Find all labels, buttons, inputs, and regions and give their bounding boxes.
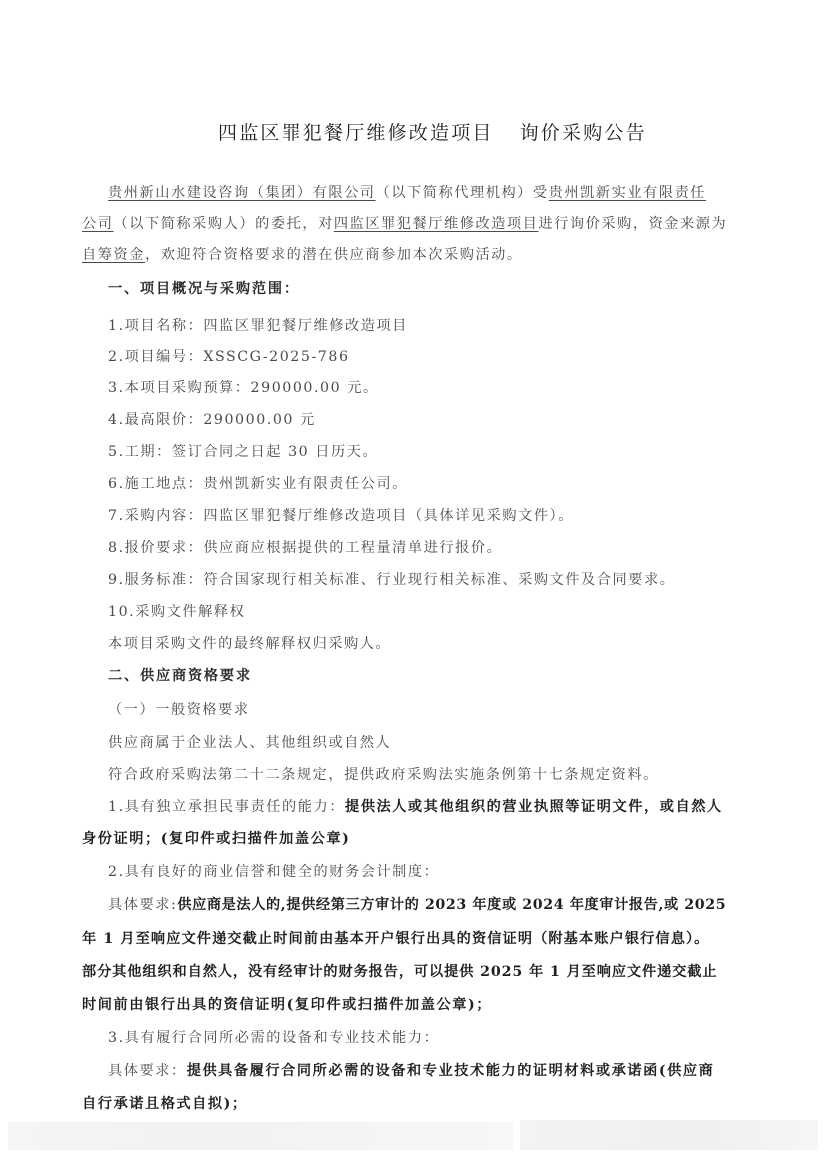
requirement-3-prefix: 具体要求：	[108, 1063, 187, 1079]
purchaser-note: （以下简称采购人）的委托，对	[113, 216, 333, 232]
document-page: 四监区罪犯餐厅维修改造项目询价采购公告 贵州新山水建设咨询（集团）有限公司（以下…	[0, 0, 825, 1161]
requirement-2-detail-line2: 年 1 月至响应文件递交截止时间前由基本开户银行出具的资信证明（附基本账户银行信…	[82, 929, 758, 949]
requirement-2-prefix: 具体要求:	[108, 897, 177, 913]
supplier-type: 供应商属于企业法人、其他组织或自然人	[108, 733, 784, 753]
agency-note: （以下简称代理机构）受	[376, 185, 549, 201]
scan-artifact	[8, 1122, 513, 1150]
item-interpretation-right: 10.采购文件解释权	[108, 602, 784, 622]
requirement-2-label: 2.具有良好的商业信誉和健全的财务会计制度：	[108, 862, 784, 882]
requirement-3-detail-line2: 自行承诺且格式自拟)；	[82, 1094, 758, 1114]
requirement-1: 1.具有独立承担民事责任的能力：提供法人或其他组织的营业执照等证明文件，或自然人	[108, 797, 784, 817]
project-name-link: 四监区罪犯餐厅维修改造项目	[334, 216, 539, 232]
title-project-name: 四监区罪犯餐厅维修改造项目	[218, 122, 494, 144]
requirement-1-label: 1.具有独立承担民事责任的能力：	[108, 799, 345, 815]
law-compliance: 符合政府采购法第二十二条规定，提供政府采购法实施条例第十七条规定资料。	[108, 765, 784, 785]
requirement-2-detail-line1: 供应商是法人的,提供经第三方审计的 2023 年度或 2024 年度审计报告,或…	[177, 897, 726, 913]
intro-line-1: 贵州新山水建设咨询（集团）有限公司（以下简称代理机构）受贵州凯新实业有限责任	[108, 183, 784, 203]
section1-heading: 一、项目概况与采购范围：	[108, 279, 784, 299]
requirement-2-detail-line4: 时间前由银行出具的资信证明(复印件或扫描件加盖公章)；	[82, 995, 758, 1015]
purchaser-name-part2: 公司	[82, 216, 113, 232]
agency-name: 贵州新山水建设咨询（集团）有限公司	[108, 185, 376, 201]
item-quote-requirement: 8.报价要求：供应商应根据提供的工程量清单进行报价。	[108, 538, 784, 558]
requirement-3-detail: 具体要求：提供具备履行合同所必需的设备和专业技术能力的证明材料或承诺函(供应商	[108, 1061, 784, 1081]
section2-heading: 二、供应商资格要求	[108, 666, 784, 686]
intro-line-3: 自筹资金，欢迎符合资格要求的潜在供应商参加本次采购活动。	[82, 245, 758, 265]
procurement-method: 进行询价采购，资金来源为	[538, 216, 727, 232]
item-project-name: 1.项目名称：四监区罪犯餐厅维修改造项目	[108, 316, 784, 336]
item-content: 7.采购内容：四监区罪犯餐厅维修改造项目（具体详见采购文件）。	[108, 506, 784, 526]
item-location: 6.施工地点：贵州凯新实业有限责任公司。	[108, 474, 784, 494]
intro-closing: ，欢迎符合资格要求的潜在供应商参加本次采购活动。	[145, 247, 523, 263]
interpretation-statement: 本项目采购文件的最终解释权归采购人。	[108, 634, 784, 654]
requirement-3-label: 3.具有履行合同所必需的设备和专业技术能力：	[108, 1028, 784, 1048]
item-max-price: 4.最高限价：290000.00 元	[108, 410, 784, 430]
requirement-1-detail: 提供法人或其他组织的营业执照等证明文件，或自然人	[345, 799, 723, 815]
general-qualification-heading: （一）一般资格要求	[108, 700, 784, 720]
title-announcement-type: 询价采购公告	[520, 122, 647, 144]
requirement-3-detail-line1: 提供具备履行合同所必需的设备和专业技术能力的证明材料或承诺函(供应商	[187, 1063, 715, 1079]
purchaser-name-part1: 贵州凯新实业有限责任	[549, 185, 706, 201]
document-title: 四监区罪犯餐厅维修改造项目询价采购公告	[218, 118, 678, 145]
requirement-2-detail-line3: 部分其他组织和自然人，没有经审计的财务报告，可以提供 2025 年 1 月至响应…	[82, 962, 758, 982]
item-service-standard: 9.服务标准：符合国家现行相关标准、行业现行相关标准、采购文件及合同要求。	[108, 570, 784, 590]
fund-source: 自筹资金	[82, 247, 145, 263]
item-budget: 3.本项目采购预算：290000.00 元。	[108, 378, 784, 398]
requirement-1-detail-cont: 身份证明；(复印件或扫描件加盖公章)	[82, 829, 758, 849]
item-duration: 5.工期：签订合同之日起 30 日历天。	[108, 442, 784, 462]
requirement-2-detail: 具体要求:供应商是法人的,提供经第三方审计的 2023 年度或 2024 年度审…	[108, 895, 784, 915]
scan-artifact	[520, 1120, 818, 1150]
item-project-number: 2.项目编号：XSSCG-2025-786	[108, 347, 784, 367]
intro-line-2: 公司（以下简称采购人）的委托，对四监区罪犯餐厅维修改造项目进行询价采购，资金来源…	[82, 214, 758, 234]
